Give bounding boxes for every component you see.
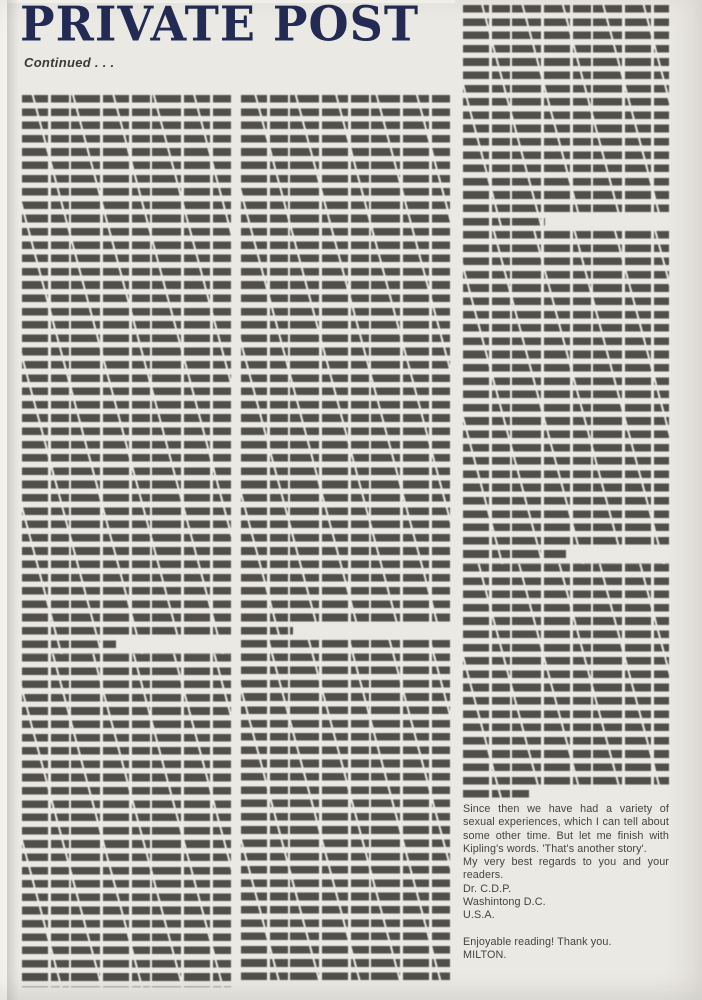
continued-label: Continued . . . (24, 55, 114, 70)
magazine-page: PRIVATE POST Continued . . . Since then … (0, 0, 702, 1000)
redacted-paragraph (463, 564, 669, 803)
column-3: Since then we have had a variety of sexu… (463, 5, 669, 963)
signature-line: Washintong D.C. (463, 896, 669, 909)
signature-line: Dr. C.D.P. (463, 883, 669, 896)
closing-paragraph-kipling: Since then we have had a variety of sexu… (463, 803, 669, 856)
column-1 (22, 95, 231, 987)
line-gap (463, 923, 669, 936)
scan-crease-shadow (7, 0, 19, 1000)
letter-closing: Since then we have had a variety of sexu… (463, 803, 669, 963)
redacted-paragraph (22, 654, 231, 987)
signature-line: U.S.A. (463, 909, 669, 922)
editor-name: MILTON. (463, 949, 669, 962)
redacted-paragraph (22, 95, 231, 654)
closing-paragraph-regards: My very best regards to you and your rea… (463, 856, 669, 883)
scan-edge-left (0, 0, 7, 1000)
redacted-paragraph (463, 5, 669, 231)
redacted-paragraph (463, 231, 669, 564)
redacted-paragraph (241, 640, 450, 986)
editor-thanks: Enjoyable reading! Thank you. (463, 936, 669, 949)
redacted-paragraph (241, 95, 450, 640)
masthead-title: PRIVATE POST (20, 0, 419, 52)
column-2 (241, 95, 450, 986)
